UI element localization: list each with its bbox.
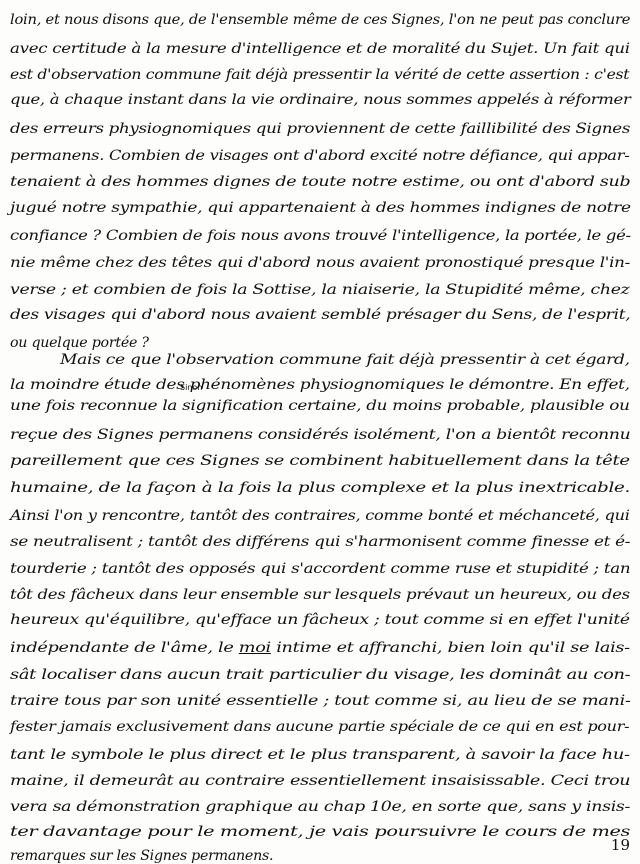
interlinear-insertion: Sinon [180,384,202,392]
text-line: indépendante de l'âme, le moi intime et … [10,634,630,662]
text-line: se neutralisent ; tantôt des différens q… [10,528,630,556]
text-line: humaine, de la façon à la fois la plus c… [10,474,630,502]
text-line: loin, et nous disons que, de l'ensemble … [10,6,630,34]
text-line: que, à chaque instant dans la vie ordina… [10,86,631,114]
text-line: traire tous par son unité essentielle ; … [10,687,631,715]
page-number: 19 [611,836,630,854]
text-line: tant le symbole le plus direct et le plu… [10,741,630,769]
text-line: verse ; et combien de fois la Sottise, l… [10,276,629,304]
text-line: confiance ? Combien de fois nous avons t… [10,222,631,250]
text-line: heureux qu'équilibre, qu'efface un fâche… [10,606,630,634]
text-line: sât localiser dans aucun trait particuli… [10,661,630,689]
paragraph-start-line: Mais ce que l'observation commune fait d… [60,346,630,374]
text-line: tourderie ; tantôt des opposés qui s'acc… [10,555,630,583]
text-line: pareillement que ces Signes se combinent… [10,447,630,475]
underlined-word: moi [239,640,271,656]
text-line: Ainsi l'on y rencontre, tantôt des contr… [10,502,630,530]
text-line: des erreurs physiognomiques qui provienn… [10,115,630,143]
text-line: nie même chez des têtes qui d'abord nous… [10,249,630,277]
text-line: reçue des Signes permanens considérés is… [10,421,630,449]
text-line: jugué notre sympathie, qui appartenaient… [10,194,631,222]
manuscript-page: loin, et nous disons que, de l'ensemble … [0,0,640,864]
text-line: une fois reconnue la signification certa… [10,392,630,420]
text-line: tôt des fâcheux dans leur ensemble sur l… [10,581,630,609]
text-line: permanens. Combien de visages ont d'abor… [10,142,629,170]
text-line: vera sa démonstration graphique au chap … [10,793,630,821]
text-line: des visages qui d'abord nous avaient sem… [10,301,630,329]
text-line: est d'observation commune fait déjà pres… [10,61,629,89]
text-line: maine, il demeurât au contraire essentie… [10,767,630,795]
text-line: fester jamais exclusivement dans aucune … [10,713,629,741]
text-line: avec certitude à la mesure d'intelligenc… [10,35,630,63]
text-line: remarques sur les Signes permanens. [10,842,273,864]
text-line: tenaient à des hommes dignes de toute no… [10,168,630,196]
